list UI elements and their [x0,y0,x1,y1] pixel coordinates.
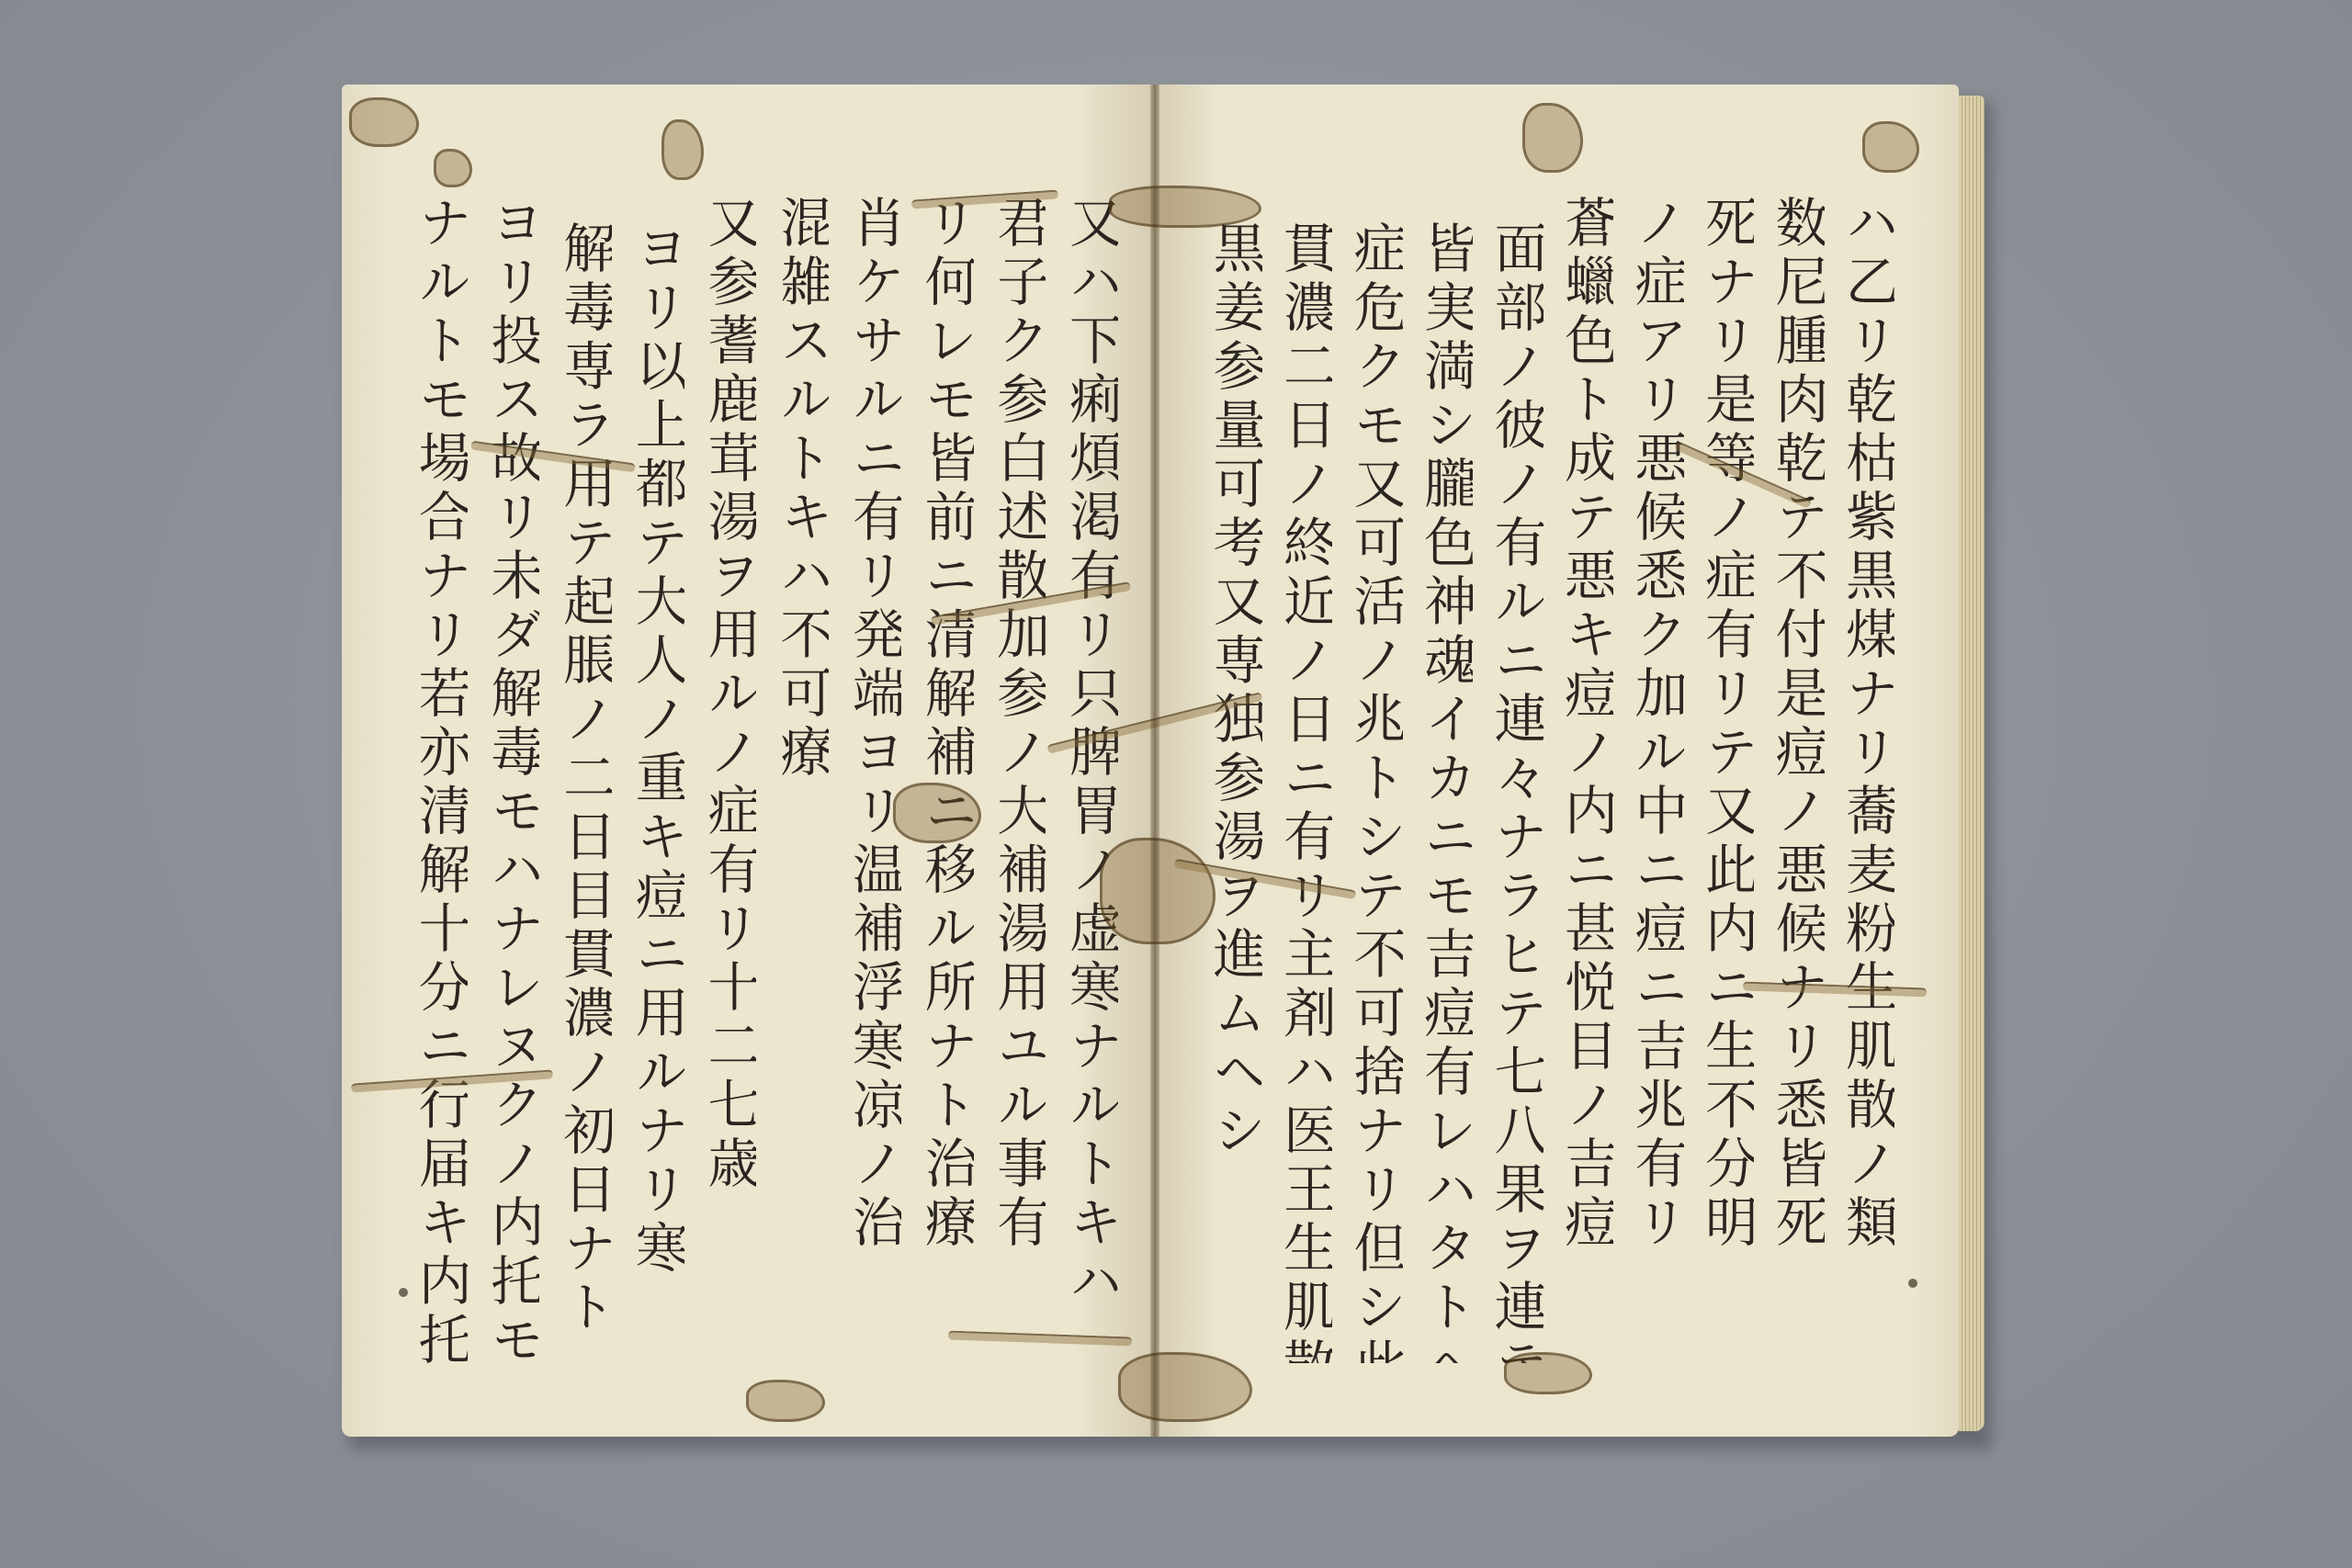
wormhole-stain [1109,186,1261,228]
text-column: 解毒専ラ用テ起脹ノ二日目貫濃ノ初日ナト [539,158,612,1363]
text-column: ノ症アリ悪候悉ク加ル中ニ痘ニ吉兆有リ [1613,158,1684,1363]
right-page-text-columns: ハ乙リ乾枯紫黒煤ナリ蕎麦粉生肌散ノ類 数尼腫肉乾テ不付是痘ノ悪候ナリ悉皆死 死ナ… [1192,158,1894,1363]
text-column: 混雑スルトキハ不可療 [756,158,829,1363]
text-column: ヨリ以上都テ大人ノ重キ痘ニ用ルナリ寒 [612,158,684,1363]
text-column: ナルトモ場合ナリ若亦清解十分ニ行届キ内托 [395,158,468,1363]
text-column: 君子ク参白述散加参ノ大補湯用ユル事有 [974,158,1046,1363]
wormhole-stain [661,119,704,180]
right-page: ハ乙リ乾枯紫黒煤ナリ蕎麦粉生肌散ノ類 数尼腫肉乾テ不付是痘ノ悪候ナリ悉皆死 死ナ… [1155,85,1959,1437]
text-column: ヨリ投ス故リ未ダ解毒モハナレヌクノ内托モ進 [468,158,540,1363]
text-column: 黒姜参量可考又専独参湯ヲ進ムヘシ [1192,158,1262,1363]
text-column: ハ乙リ乾枯紫黒煤ナリ蕎麦粉生肌散ノ類 [1825,158,1895,1363]
wormhole-stain [349,97,419,147]
wormhole-stain [1522,103,1583,173]
wormhole-stain [746,1380,825,1422]
text-column: 皆実満シ朧色神魂イカニモ吉痘有レハタトヘ諸 [1403,158,1474,1363]
left-page: 又ハ下痢煩渇有リ只脾胃ノ虚寒ナルトキハ 君子ク参白述散加参ノ大補湯用ユル事有 リ… [342,85,1155,1437]
text-column: 面部ノ彼ノ有ルニ連々ナラヒテ七八果ヲ連テ [1473,158,1543,1363]
left-page-text-columns: 又ハ下痢煩渇有リ只脾胃ノ虚寒ナルトキハ 君子ク参白述散加参ノ大補湯用ユル事有 リ… [395,158,1118,1363]
book-gutter [1150,85,1159,1437]
text-column: 症危クモ又可活ノ兆トシテ不可捨ナリ但シ此症 [1332,158,1403,1363]
page-block-edge [1959,96,1984,1431]
wormhole-stain [1862,121,1919,173]
text-column: 蒼蠟色ト成テ悪キ痘ノ内ニ甚悦目ノ吉痘 [1543,158,1614,1363]
text-column: 死ナリ是等ノ症有リテ又此内ニ生不分明 [1684,158,1755,1363]
text-column: 数尼腫肉乾テ不付是痘ノ悪候ナリ悉皆死 [1754,158,1825,1363]
text-column: 又参蓍鹿茸湯ヲ用ルノ症有リ十二七歳 [684,158,757,1363]
text-column: 肖ケサルニ有リ発端ヨリ温補浮寒凉ノ治 [829,158,901,1363]
text-column: 貫濃二日ノ終近ノ日ニ有リ主剤ハ医王生肌散 [1262,158,1333,1363]
ink-dot [399,1288,408,1297]
text-column: リ何レモ皆前ニ清解補ニ移ル所ナト治療 [901,158,974,1363]
text-column: 又ハ下痢煩渇有リ只脾胃ノ虚寒ナルトキハ [1046,158,1118,1363]
wormhole-stain [434,149,472,187]
open-manuscript-book: 又ハ下痢煩渇有リ只脾胃ノ虚寒ナルトキハ 君子ク参白述散加参ノ大補湯用ユル事有 リ… [342,85,1986,1437]
ink-dot [1908,1279,1917,1288]
wormhole-stain [1504,1352,1592,1394]
